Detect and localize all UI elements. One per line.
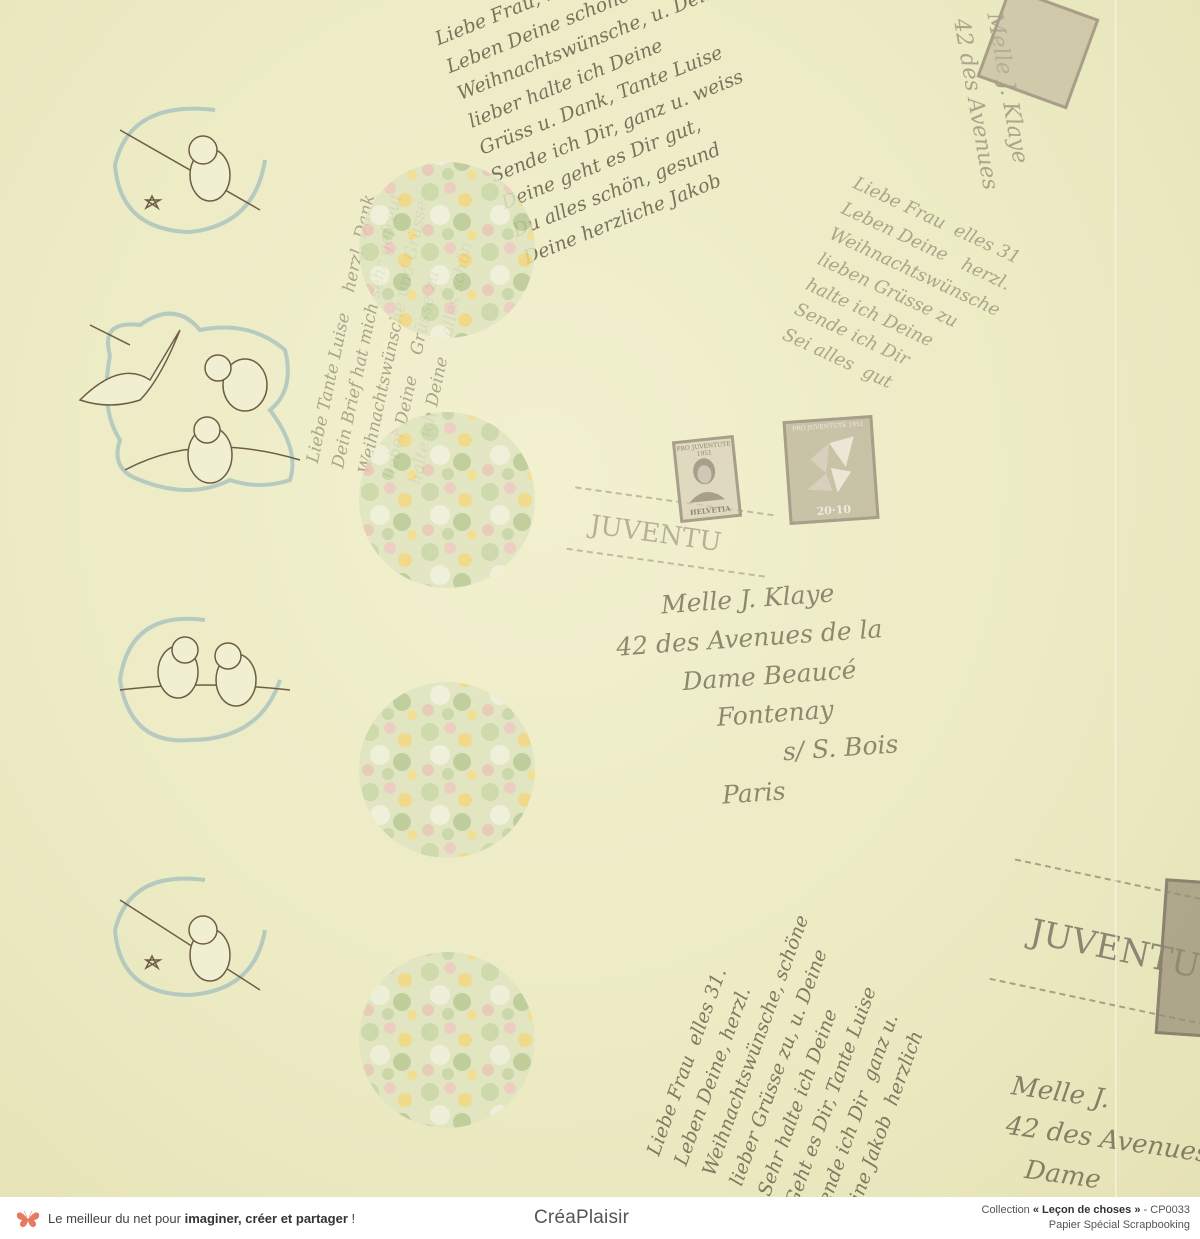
- collection-info: Collection « Leçon de choses » - CP0033 …: [982, 1203, 1191, 1233]
- collection-prefix: Collection: [982, 1204, 1033, 1216]
- product-type: Papier Spécial Scrapbooking: [982, 1218, 1191, 1233]
- collection-name: « Leçon de choses »: [1033, 1204, 1141, 1216]
- tagline: Le meilleur du net pour imaginer, créer …: [48, 1211, 355, 1226]
- footer: Le meilleur du net pour imaginer, créer …: [0, 1197, 1200, 1239]
- butterfly-logo-icon: [16, 1209, 40, 1229]
- paper-fold-line: [1115, 0, 1118, 1197]
- scrapbook-paper: Liebe Tante Luise herzl. Dank Dein Brief…: [0, 0, 1200, 1197]
- tagline-bold: imaginer, créer et partager: [185, 1211, 348, 1226]
- tagline-suffix: !: [348, 1211, 355, 1226]
- tagline-prefix: Le meilleur du net pour: [48, 1211, 185, 1226]
- brand-name: CréaPlaisir: [534, 1207, 629, 1229]
- collection-code: - CP0033: [1140, 1204, 1190, 1216]
- bird-medallions: [0, 0, 1200, 1197]
